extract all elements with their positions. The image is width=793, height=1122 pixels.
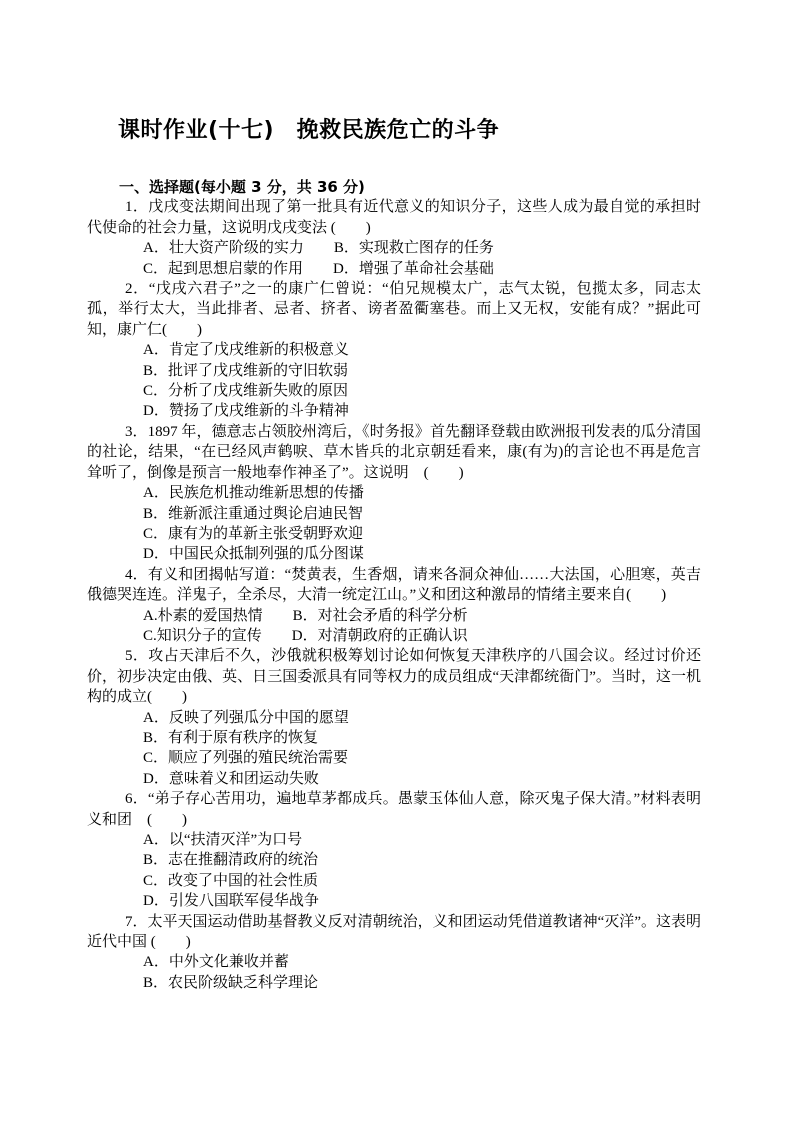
option-line: B．农民阶级缺乏科学理论 bbox=[87, 973, 701, 993]
option-line: C．起到思想启蒙的作用 D．增强了革命社会基础 bbox=[87, 259, 701, 279]
option-line: A．反映了列强瓜分中国的愿望 bbox=[87, 708, 701, 728]
option-line: B．志在推翻清政府的统治 bbox=[87, 850, 701, 870]
option-line: C．康有为的革新主张受朝野欢迎 bbox=[87, 524, 701, 544]
option-line: A．壮大资产阶级的实力 B．实现救亡图存的任务 bbox=[87, 238, 701, 258]
question-5: 5．攻占天津后不久，沙俄就积极筹划讨论如何恢复天津秩序的八国会议。经过讨价还价，… bbox=[87, 646, 701, 789]
option-line: C.知识分子的宣传 D．对清朝政府的正确认识 bbox=[87, 626, 701, 646]
question-7: 7．太平天国运动借助基督教义反对清朝统治，义和团运动凭借道教诸神“灭洋”。这表明… bbox=[87, 912, 701, 994]
question-stem: 7．太平天国运动借助基督教义反对清朝统治，义和团运动凭借道教诸神“灭洋”。这表明… bbox=[87, 912, 701, 953]
option-line: D．中国民众抵制列强的瓜分图谋 bbox=[87, 544, 701, 564]
question-3: 3．1897 年，德意志占领胶州湾后，《时务报》首先翻译登载由欧洲报刊发表的瓜分… bbox=[87, 422, 701, 565]
option-line: B．批评了戊戌维新的守旧软弱 bbox=[87, 361, 701, 381]
question-stem: 4．有义和团揭帖写道：“焚黄表，生香烟，请来各洞众神仙……大法国，心胆寒，英吉俄… bbox=[87, 565, 701, 606]
option-line: A．以“扶清灭洋”为口号 bbox=[87, 830, 701, 850]
option-line: D．意味着义和团运动失败 bbox=[87, 769, 701, 789]
option-line: B．维新派注重通过舆论启迪民智 bbox=[87, 504, 701, 524]
question-stem: 2．“戊戌六君子”之一的康广仁曾说：“伯兄规模太广，志气太锐，包揽太多，同志太孤… bbox=[87, 279, 701, 340]
option-line: C．顺应了列强的殖民统治需要 bbox=[87, 748, 701, 768]
section-heading: 一、选择题(每小题 3 分，共 36 分) bbox=[87, 177, 701, 197]
question-1: 1．戊戌变法期间出现了第一批具有近代意义的知识分子，这些人成为最自觉的承担时代使… bbox=[87, 197, 701, 279]
option-line: D．引发八国联军侵华战争 bbox=[87, 891, 701, 911]
option-line: C．分析了戊戌维新失败的原因 bbox=[87, 381, 701, 401]
page-content: 课时作业(十七) 挽救民族危亡的斗争 一、选择题(每小题 3 分，共 36 分)… bbox=[0, 0, 793, 993]
question-stem: 3．1897 年，德意志占领胶州湾后，《时务报》首先翻译登载由欧洲报刊发表的瓜分… bbox=[87, 422, 701, 483]
option-line: A．民族危机推动维新思想的传播 bbox=[87, 483, 701, 503]
option-line: D．赞扬了戊戌维新的斗争精神 bbox=[87, 401, 701, 421]
exam-worksheet-page: 课时作业(十七) 挽救民族危亡的斗争 一、选择题(每小题 3 分，共 36 分)… bbox=[0, 0, 793, 1122]
option-line: A．肯定了戊戌维新的积极意义 bbox=[87, 340, 701, 360]
question-stem: 1．戊戌变法期间出现了第一批具有近代意义的知识分子，这些人成为最自觉的承担时代使… bbox=[87, 197, 701, 238]
question-6: 6．“弟子存心苦用功，遍地草茅都成兵。愚蒙玉体仙人意，除灭鬼子保大清。”材料表明… bbox=[87, 789, 701, 911]
question-4: 4．有义和团揭帖写道：“焚黄表，生香烟，请来各洞众神仙……大法国，心胆寒，英吉俄… bbox=[87, 565, 701, 647]
question-stem: 6．“弟子存心苦用功，遍地草茅都成兵。愚蒙玉体仙人意，除灭鬼子保大清。”材料表明… bbox=[87, 789, 701, 830]
question-stem: 5．攻占天津后不久，沙俄就积极筹划讨论如何恢复天津秩序的八国会议。经过讨价还价，… bbox=[87, 646, 701, 707]
option-line: C．改变了中国的社会性质 bbox=[87, 871, 701, 891]
question-2: 2．“戊戌六君子”之一的康广仁曾说：“伯兄规模太广，志气太锐，包揽太多，同志太孤… bbox=[87, 279, 701, 422]
option-line: B．有利于原有秩序的恢复 bbox=[87, 728, 701, 748]
page-title: 课时作业(十七) 挽救民族危亡的斗争 bbox=[118, 118, 701, 144]
option-line: A.朴素的爱国热情 B．对社会矛盾的科学分析 bbox=[87, 606, 701, 626]
option-line: A．中外文化兼收并蓄 bbox=[87, 952, 701, 972]
